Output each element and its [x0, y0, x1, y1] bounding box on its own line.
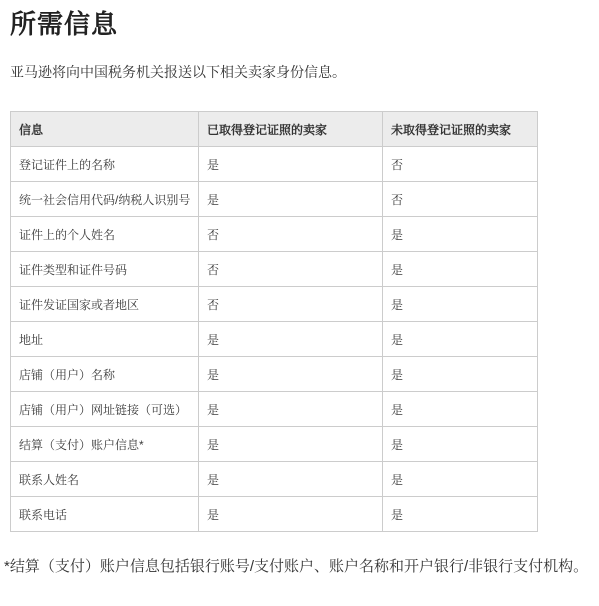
value-cell: 是 [199, 322, 383, 357]
value-cell: 否 [199, 252, 383, 287]
table-row: 店铺（用户）网址链接（可选）是是 [11, 392, 538, 427]
table-row: 联系电话是是 [11, 497, 538, 532]
value-cell: 是 [383, 217, 538, 252]
value-cell: 是 [199, 462, 383, 497]
intro-text: 亚马逊将向中国税务机关报送以下相关卖家身份信息。 [10, 63, 599, 81]
info-cell: 联系人姓名 [11, 462, 199, 497]
info-cell: 结算（支付）账户信息* [11, 427, 199, 462]
value-cell: 否 [199, 217, 383, 252]
value-cell: 是 [383, 252, 538, 287]
value-cell: 是 [199, 182, 383, 217]
value-cell: 是 [383, 322, 538, 357]
value-cell: 是 [199, 497, 383, 532]
table-row: 店铺（用户）名称是是 [11, 357, 538, 392]
table-header-row: 信息 已取得登记证照的卖家 未取得登记证照的卖家 [11, 112, 538, 147]
value-cell: 是 [383, 287, 538, 322]
info-cell: 证件发证国家或者地区 [11, 287, 199, 322]
value-cell: 是 [383, 427, 538, 462]
value-cell: 是 [383, 392, 538, 427]
page: 所需信息 亚马逊将向中国税务机关报送以下相关卖家身份信息。 信息 已取得登记证照… [0, 0, 599, 577]
value-cell: 是 [383, 462, 538, 497]
info-cell: 地址 [11, 322, 199, 357]
info-cell: 店铺（用户）名称 [11, 357, 199, 392]
table-row: 结算（支付）账户信息*是是 [11, 427, 538, 462]
value-cell: 是 [383, 357, 538, 392]
table-row: 证件上的个人姓名否是 [11, 217, 538, 252]
table-row: 地址是是 [11, 322, 538, 357]
col-header-unlicensed-seller: 未取得登记证照的卖家 [383, 112, 538, 147]
value-cell: 是 [199, 147, 383, 182]
info-cell: 证件上的个人姓名 [11, 217, 199, 252]
info-cell: 联系电话 [11, 497, 199, 532]
col-header-info: 信息 [11, 112, 199, 147]
table-row: 联系人姓名是是 [11, 462, 538, 497]
table-row: 证件发证国家或者地区否是 [11, 287, 538, 322]
value-cell: 是 [199, 392, 383, 427]
value-cell: 是 [199, 427, 383, 462]
table-body: 登记证件上的名称是否统一社会信用代码/纳税人识别号是否证件上的个人姓名否是证件类… [11, 147, 538, 532]
table-row: 登记证件上的名称是否 [11, 147, 538, 182]
value-cell: 否 [383, 182, 538, 217]
info-cell: 店铺（用户）网址链接（可选） [11, 392, 199, 427]
table-row: 证件类型和证件号码否是 [11, 252, 538, 287]
info-cell: 统一社会信用代码/纳税人识别号 [11, 182, 199, 217]
value-cell: 否 [199, 287, 383, 322]
table-row: 统一社会信用代码/纳税人识别号是否 [11, 182, 538, 217]
required-info-table: 信息 已取得登记证照的卖家 未取得登记证照的卖家 登记证件上的名称是否统一社会信… [10, 111, 538, 532]
col-header-licensed-seller: 已取得登记证照的卖家 [199, 112, 383, 147]
info-cell: 登记证件上的名称 [11, 147, 199, 182]
value-cell: 是 [383, 497, 538, 532]
value-cell: 是 [199, 357, 383, 392]
page-title: 所需信息 [10, 10, 599, 40]
value-cell: 否 [383, 147, 538, 182]
info-cell: 证件类型和证件号码 [11, 252, 199, 287]
footnote-text: *结算（支付）账户信息包括银行账号/支付账户、账户名称和开户银行/非银行支付机构… [4, 557, 599, 577]
